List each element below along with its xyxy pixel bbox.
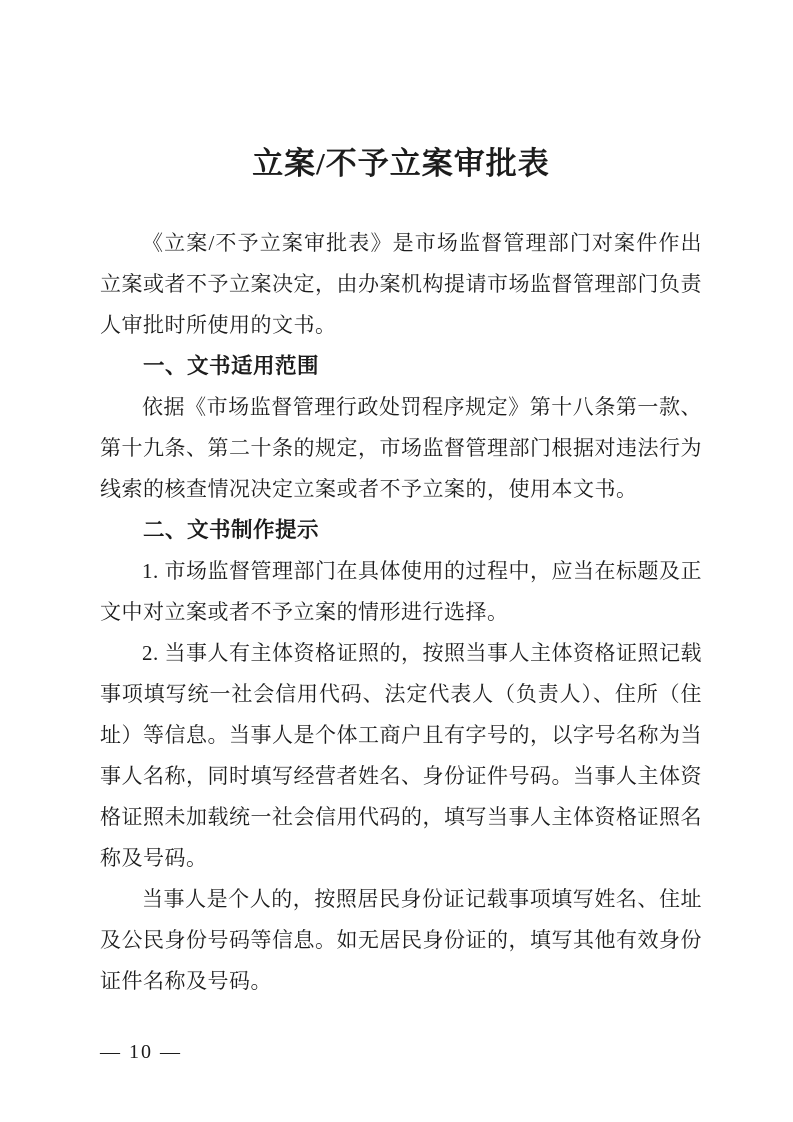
section-2-item-2: 2. 当事人有主体资格证照的，按照当事人主体资格证照记载事项填写统一社会信用代码…	[100, 633, 702, 879]
document-title: 立案/不予立案审批表	[100, 138, 702, 183]
section-2-heading: 二、文书制作提示	[100, 510, 702, 551]
section-1-heading: 一、文书适用范围	[100, 346, 702, 387]
document-page: 立案/不予立案审批表 《立案/不予立案审批表》是市场监督管理部门对案件作出立案或…	[0, 0, 793, 1122]
intro-paragraph: 《立案/不予立案审批表》是市场监督管理部门对案件作出立案或者不予立案决定，由办案…	[100, 223, 702, 346]
section-2-paragraph-individual: 当事人是个人的，按照居民身份证记载事项填写姓名、住址及公民身份号码等信息。如无居…	[100, 879, 702, 1002]
page-number: — 10 —	[100, 1041, 182, 1064]
document-body: 立案/不予立案审批表 《立案/不予立案审批表》是市场监督管理部门对案件作出立案或…	[100, 138, 702, 1002]
section-1-paragraph-1: 依据《市场监督管理行政处罚程序规定》第十八条第一款、第十九条、第二十条的规定，市…	[100, 387, 702, 510]
section-2-item-1: 1. 市场监督管理部门在具体使用的过程中，应当在标题及正文中对立案或者不予立案的…	[100, 551, 702, 633]
